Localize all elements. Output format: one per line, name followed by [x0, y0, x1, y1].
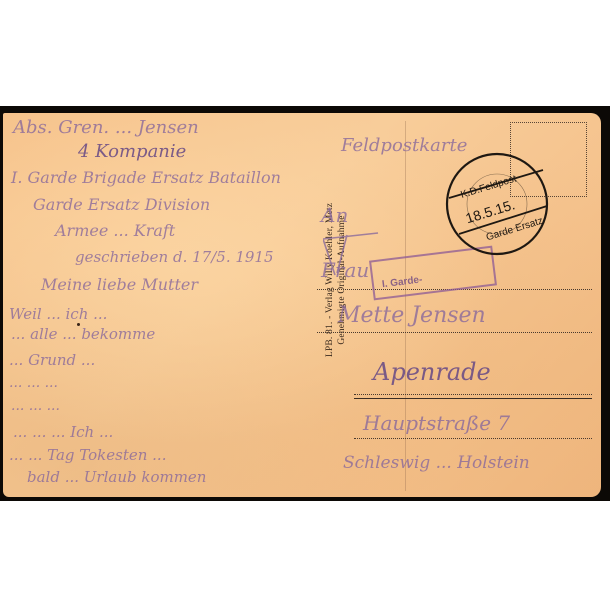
message-line: ... ... ... Ich ... [13, 423, 113, 441]
message-line: I. Garde Brigade Ersatz Bataillon [11, 168, 281, 187]
message-line: Armee ... Kraft [55, 221, 175, 240]
address-line: Mette Jensen [338, 303, 486, 328]
message-line: geschrieben d. 17/5. 1915 [75, 248, 274, 266]
message-line: Garde Ersatz Division [33, 195, 210, 214]
message-line: ... ... ... [11, 398, 60, 414]
address-line: Apenrade [373, 358, 491, 386]
address-line: An [321, 203, 348, 227]
message-line: Abs. Gren. ... Jensen [13, 117, 199, 138]
address-rule [317, 332, 592, 333]
address-line: Schleswig ... Holstein [343, 453, 530, 473]
address-rule [354, 438, 592, 439]
message-line: ... ... ... [9, 375, 58, 391]
postmark-bottom-text: Garde Ersatz [485, 216, 545, 244]
message-line: Weil ... ich ... [9, 305, 107, 323]
address-line: Frau [321, 258, 369, 282]
address-rule [354, 394, 592, 395]
message-line: ... Grund ... [9, 351, 95, 369]
message-line: bald ... Urlaub kommen [27, 468, 206, 486]
message-line: Meine liebe Mutter [41, 275, 198, 294]
message-line: ... alle ... bekomme [11, 325, 155, 343]
postmark-date: 18.5.15. [464, 196, 517, 226]
ink-spot [77, 323, 80, 326]
address-rule [354, 398, 592, 399]
address-line: Hauptstraße 7 [363, 411, 510, 435]
feldpost-postmark: K.D.Feldpost 18.5.15. Garde Ersatz [443, 150, 551, 258]
cachet-text: I. Garde- [381, 274, 423, 290]
postcard: LPB. 81. - Verlag Willy Koehler, Metz Ge… [3, 113, 601, 497]
message-line: ... ... Tag Tokesten ... [9, 446, 166, 464]
message-line: 4 Kompanie [78, 141, 186, 162]
